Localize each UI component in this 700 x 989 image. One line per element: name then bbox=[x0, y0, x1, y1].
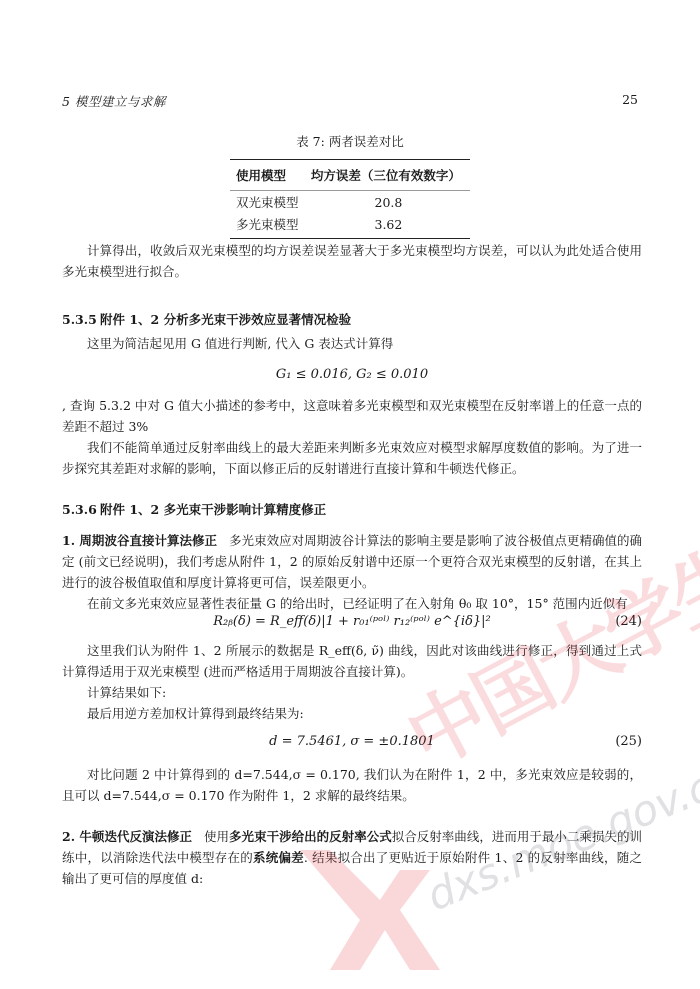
section-heading-5-3-6: 5.3.6附件 1、2 多光束干涉影响计算精度修正 bbox=[62, 500, 326, 518]
running-header: 5 模型建立与求解 25 bbox=[62, 92, 638, 110]
method-2-bold-b: 系统偏差 bbox=[253, 850, 304, 865]
section-number: 5.3.5 bbox=[62, 312, 100, 327]
method-1-title: 1. 周期波谷直接计算法修正 bbox=[62, 533, 217, 548]
column-header-model: 使用模型 bbox=[230, 160, 305, 191]
error-comparison-table: 使用模型 均方误差（三位有效数字） 双光束模型 20.8 多光束模型 3.62 bbox=[230, 159, 470, 239]
section-number: 5.3.6 bbox=[62, 502, 100, 517]
column-header-mse: 均方误差（三位有效数字） bbox=[305, 160, 470, 191]
section-header: 5 模型建立与求解 bbox=[62, 92, 166, 110]
method-2-text-a: 使用 bbox=[204, 829, 229, 844]
table-row: 双光束模型 20.8 bbox=[230, 191, 470, 214]
equation-25-body: d = 7.5461, σ = ±0.1801 bbox=[62, 734, 642, 749]
equation-g-body: G₁ ≤ 0.016, G₂ ≤ 0.010 bbox=[62, 367, 642, 382]
paragraph-conclusion: 计算得出，收敛后双光束模型的均方误差误差显著大于多光束模型均方误差，可以认为此处… bbox=[62, 240, 642, 282]
section-title: 附件 1、2 多光束干涉影响计算精度修正 bbox=[100, 502, 326, 517]
paragraph-results-intro: 计算结果如下: bbox=[62, 682, 642, 703]
cell-model: 多光束模型 bbox=[230, 213, 305, 239]
paragraph-incidence-angle: 在前文多光束效应显著性表征量 G 的给出时，已经证明了在入射角 θ₀ 取 10°… bbox=[62, 593, 642, 614]
document-page: 5 模型建立与求解 25 表 7: 两者误差对比 使用模型 均方误差（三位有效数… bbox=[0, 0, 700, 989]
page-number: 25 bbox=[622, 92, 638, 107]
paragraph-method-2: 2. 牛顿迭代反演法修正 使用多光束干涉给出的反射率公式拟合反射率曲线，进而用于… bbox=[62, 826, 642, 889]
paragraph-max-gap: 我们不能简单通过反射率曲线上的最大差距来判断多光束效应对模型求解厚度数值的影响。… bbox=[62, 437, 642, 479]
section-heading-5-3-5: 5.3.5附件 1、2 分析多光束干涉效应显著情况检验 bbox=[62, 310, 351, 328]
equation-24-body: R₂ᵦ(δ) = R_eff(δ)|1 + r₀₁⁽ᵖᵒˡ⁾ r₁₂⁽ᵖᵒˡ⁾ … bbox=[62, 614, 642, 629]
paragraph-comparison: 对比问题 2 中计算得到的 d=7.544,σ = 0.170, 我们认为在附件… bbox=[62, 764, 642, 806]
section-title: 附件 1、2 分析多光束干涉效应显著情况检验 bbox=[100, 312, 351, 327]
equation-number: (25) bbox=[615, 734, 642, 749]
equation-number: (24) bbox=[615, 614, 642, 629]
paragraph-g-value: 这里为简洁起见用 G 值进行判断, 代入 G 表达式计算得 bbox=[62, 333, 642, 354]
method-2-title: 2. 牛顿迭代反演法修正 bbox=[62, 829, 192, 844]
table-row: 多光束模型 3.62 bbox=[230, 213, 470, 239]
method-2-bold-a: 多光束干涉给出的反射率公式 bbox=[229, 829, 392, 844]
paragraph-g-reference: , 查询 5.3.2 中对 G 值大小描述的参考中，这意味着多光束模型和双光束模… bbox=[62, 395, 642, 437]
paragraph-inverse-variance: 最后用逆方差加权计算得到最终结果为: bbox=[62, 703, 642, 724]
cell-model: 双光束模型 bbox=[230, 191, 305, 214]
cell-mse: 20.8 bbox=[305, 191, 470, 214]
cell-mse: 3.62 bbox=[305, 213, 470, 239]
table-caption: 表 7: 两者误差对比 bbox=[0, 132, 700, 150]
table-header-row: 使用模型 均方误差（三位有效数字） bbox=[230, 160, 470, 191]
paragraph-reff-curve: 这里我们认为附件 1、2 所展示的数据是 R_eff(δ, ν̃) 曲线，因此对… bbox=[62, 640, 642, 682]
paragraph-method-1: 1. 周期波谷直接计算法修正 多光束效应对周期波谷计算法的影响主要是影响了波谷极… bbox=[62, 530, 642, 593]
